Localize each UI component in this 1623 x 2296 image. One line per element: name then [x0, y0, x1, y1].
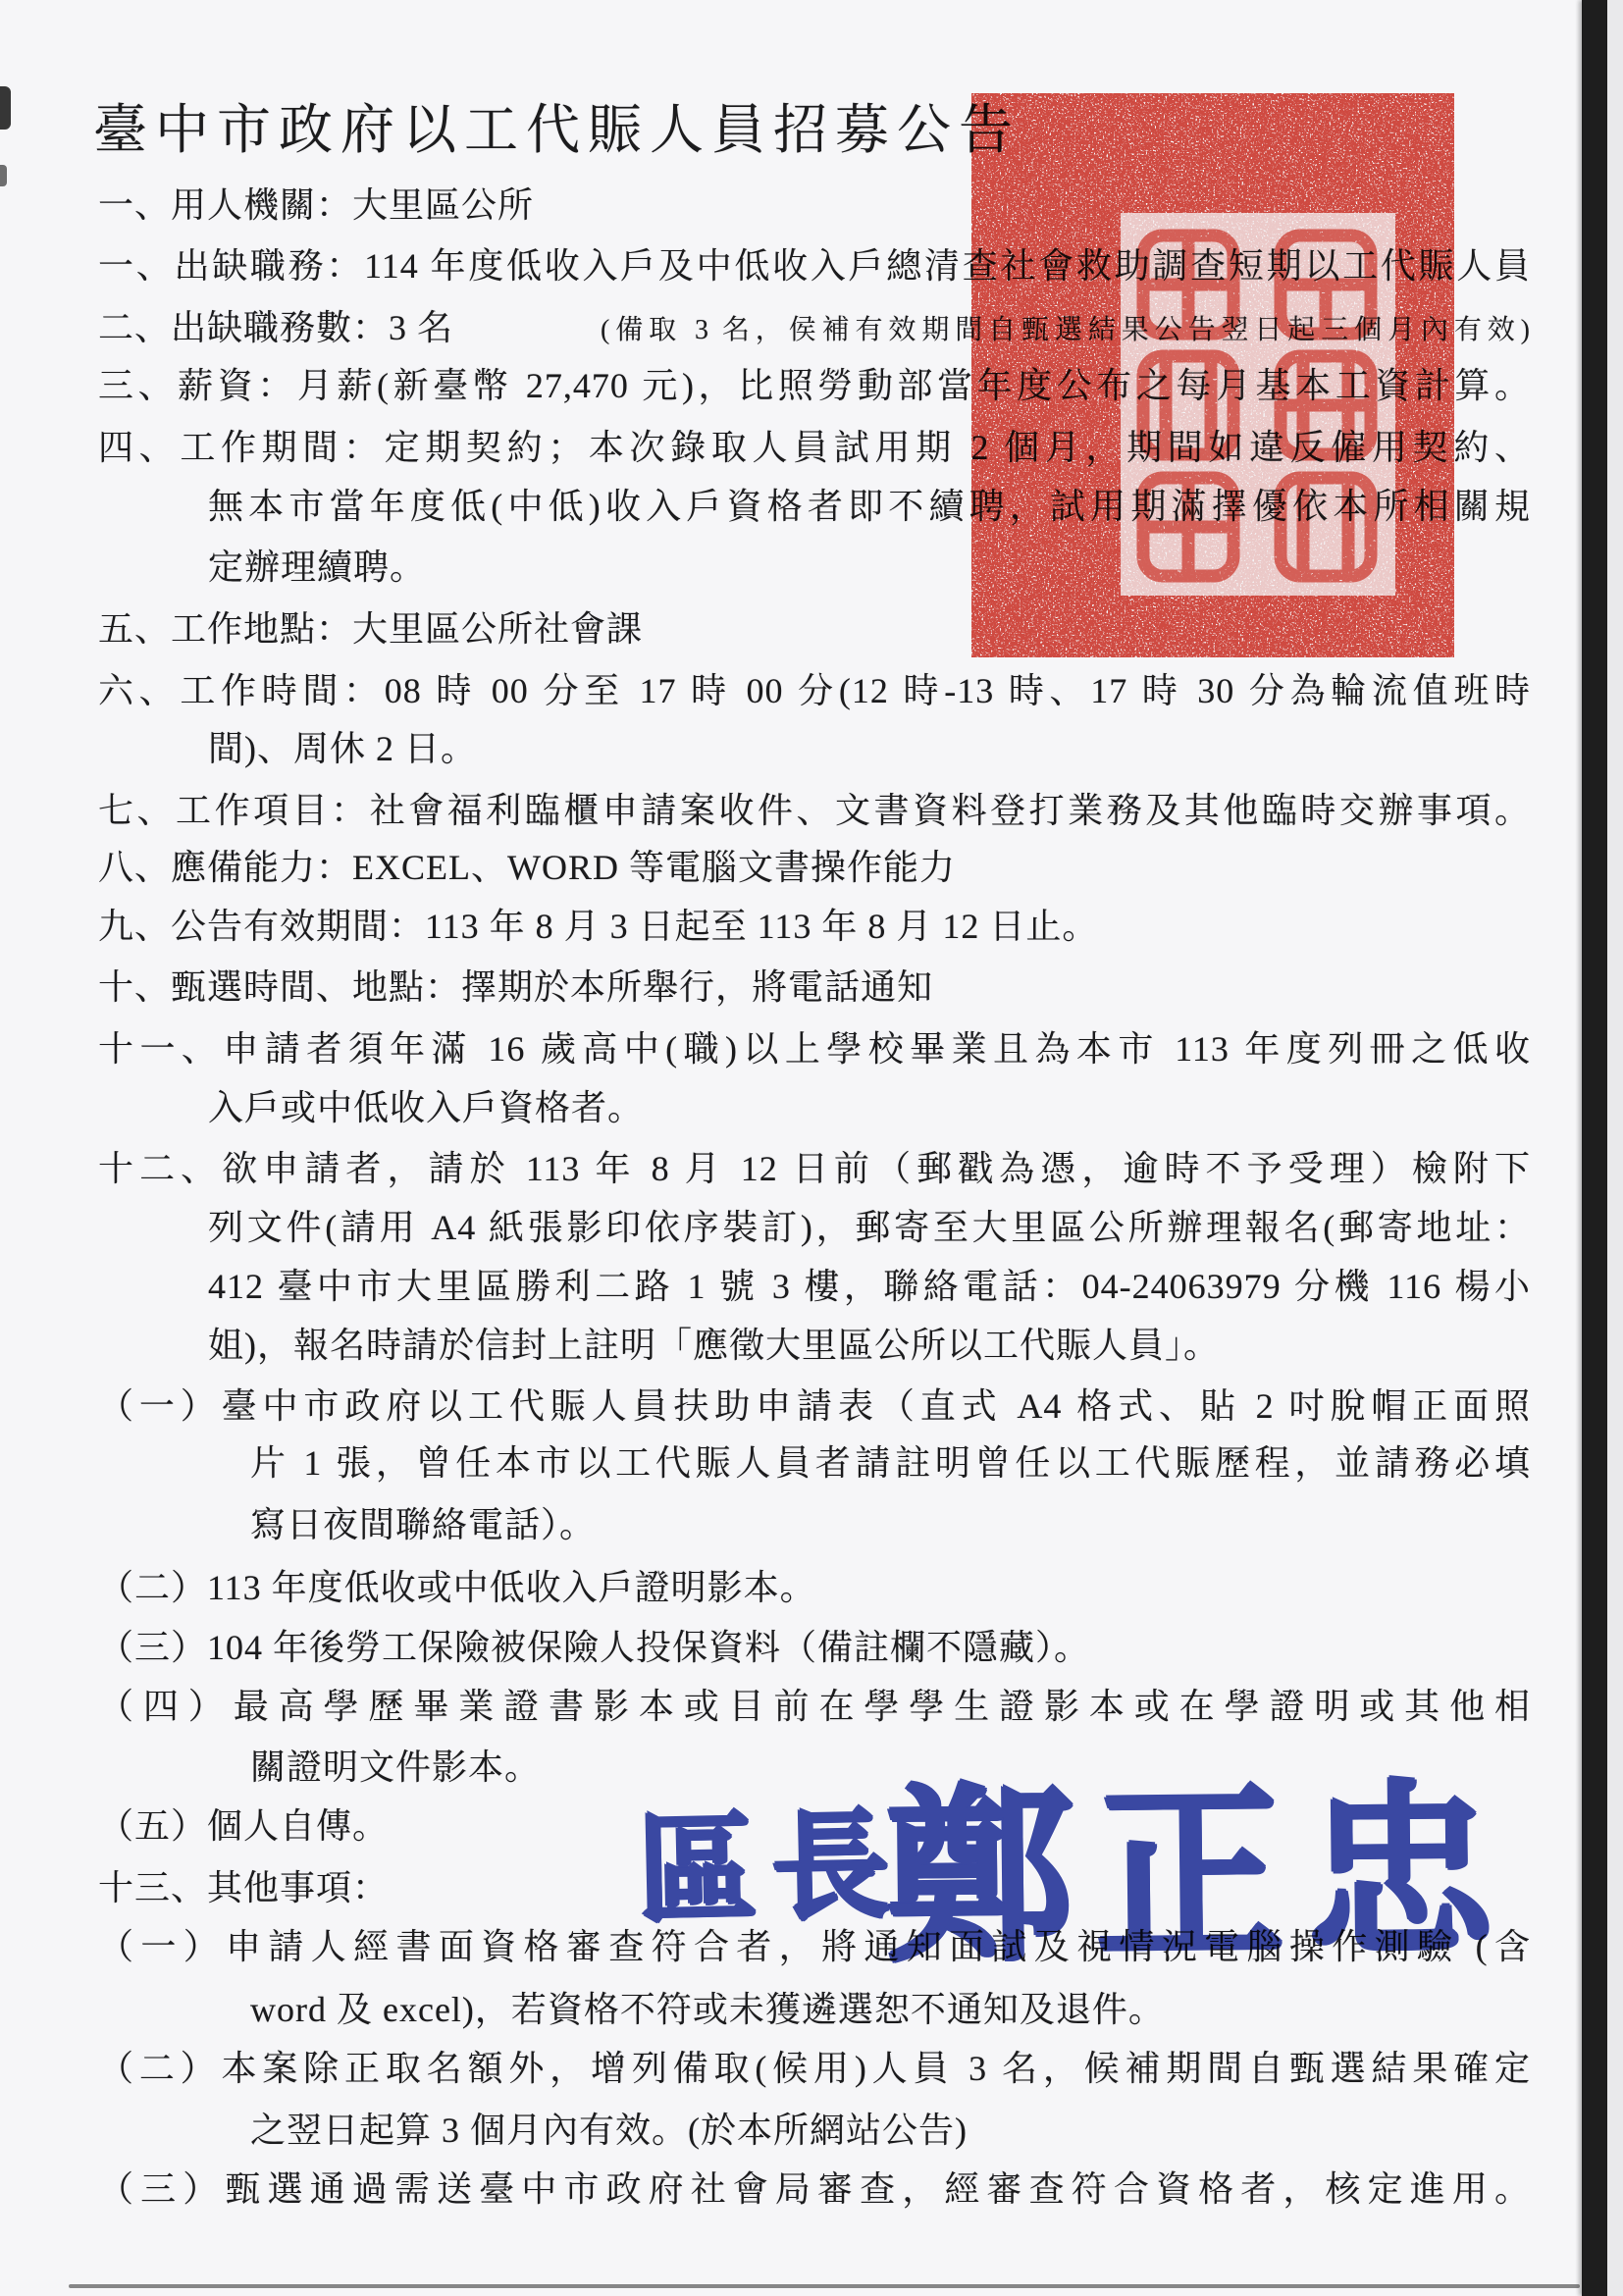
- scan-edge-bottom-line: [69, 2284, 1580, 2288]
- scan-edge-right: [1582, 0, 1607, 2296]
- text-line: word 及 excel)，若資格不符或未獲遴選恕不通知及退件。: [250, 1989, 1165, 2030]
- text-line: 之翌日起算 3 個月內有效。(於本所網站公告): [250, 2110, 968, 2151]
- text-line: 一、用人機關：大里區公所: [98, 184, 534, 226]
- text-line: 十一、申請者須年滿 16 歲高中(職)以上學校畢業且為本市 113 年度列冊之低…: [98, 1028, 1531, 1070]
- text-line: 入戶或中低收入戶資格者。: [208, 1087, 644, 1128]
- text-line: 三、薪資：月薪(新臺幣 27,470 元)，比照勞動部當年度公布之每月基本工資計…: [98, 365, 1531, 406]
- text-line: 寫日夜間聯絡電話）。: [250, 1504, 596, 1545]
- text-line: 無本市當年度低(中低)收入戶資格者即不續聘，試用期滿擇優依本所相關規: [208, 486, 1531, 527]
- text-line: （一）臺中市政府以工代賑人員扶助申請表（直式 A4 格式、貼 2 吋脫帽正面照: [98, 1385, 1531, 1427]
- text-line: 九、公告有效期間：113 年 8 月 3 日起至 113 年 8 月 12 日止…: [98, 906, 1098, 947]
- text-line: 一、出缺職務：114 年度低收入戶及中低收入戶總清查社會救助調查短期以工代賑人員: [98, 245, 1531, 287]
- scanned-document-page: 臺中市政府以工代賑人員招募公告 一、用人機關：大里區公所一、出缺職務：114 年…: [0, 0, 1623, 2296]
- text-line: 十三、其他事項：: [98, 1867, 389, 1908]
- signature-title: 區長: [636, 1771, 907, 1946]
- text-line: 四、工作期間：定期契約；本次錄取人員試用期 2 個月，期間如違反僱用契約、: [98, 427, 1531, 468]
- text-line: 七、工作項目：社會福利臨櫃申請案收件、文書資料登打業務及其他臨時交辦事項。: [98, 790, 1531, 831]
- text-line: （一）申請人經書面資格審查符合者，將通知面試及視情況電腦操作測驗 (含: [98, 1926, 1531, 1967]
- text-line: 定辦理續聘。: [208, 547, 426, 588]
- text-line: 412 臺中市大里區勝利二路 1 號 3 樓，聯絡電話：04-24063979 …: [208, 1266, 1531, 1307]
- text-line: （二）113 年度低收或中低收入戶證明影本。: [98, 1567, 816, 1608]
- scan-edge-right-outer: [1607, 0, 1623, 2296]
- text-line: （二）本案除正取名額外，增列備取(候用)人員 3 名，候補期間自甄選結果確定: [98, 2048, 1531, 2089]
- text-line: 列文件(請用 A4 紙張影印依序裝訂)，郵寄至大里區公所辦理報名(郵寄地址：: [208, 1207, 1531, 1248]
- text-line: 間)、周休 2 日。: [208, 728, 477, 769]
- text-line: 片 1 張，曾任本市以工代賑人員者請註明曾任以工代賑歷程，並請務必填: [250, 1442, 1531, 1484]
- text-line: 姐)，報名時請於信封上註明「應徵大里區公所以工代賑人員」。: [208, 1325, 1220, 1366]
- text-line: 十二、欲申請者，請於 113 年 8 月 12 日前（郵戳為憑，逾時不予受理）檢…: [98, 1148, 1531, 1189]
- text-line: 關證明文件影本。: [250, 1747, 541, 1788]
- text-line: 五、工作地點：大里區公所社會課: [98, 608, 643, 650]
- scan-mark-left: [0, 165, 7, 186]
- text-line: 六、工作時間：08 時 00 分至 17 時 00 分(12 時-13 時、17…: [98, 670, 1531, 711]
- page-title: 臺中市政府以工代賑人員招募公告: [93, 86, 1021, 164]
- text-line: （五）個人自傳。: [98, 1805, 389, 1847]
- text-line: 八、應備能力：EXCEL、WORD 等電腦文書操作能力: [98, 847, 956, 888]
- text-line: 二、出缺職務數：3 名: [98, 307, 453, 348]
- text-line: 十、甄選時間、地點：擇期於本所舉行，將電話通知: [98, 966, 933, 1008]
- scan-mark-top-left: [0, 86, 11, 130]
- text-line: （三）104 年後勞工保險被保險人投保資料（備註欄不隱藏）。: [98, 1627, 1090, 1668]
- text-line: （四）最高學歷畢業證書影本或目前在學學生證影本或在學證明或其他相: [98, 1686, 1531, 1727]
- text-line: (備取 3 名，侯補有效期間自甄選結果公告翌日起三個月內有效): [601, 314, 1531, 346]
- text-line: （三）甄選通過需送臺中市政府社會局審查，經審查符合資格者，核定進用。: [98, 2168, 1531, 2210]
